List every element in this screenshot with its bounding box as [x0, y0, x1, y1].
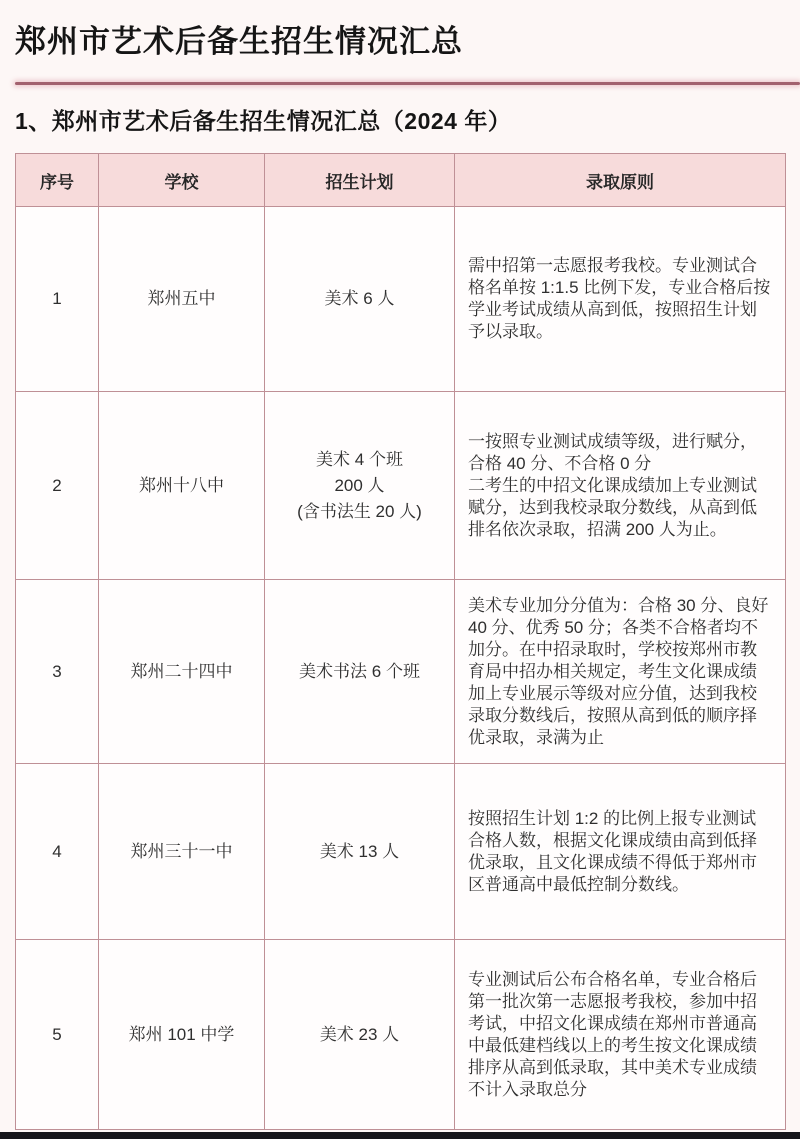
- table-row: 1郑州五中美术 6 人需中招第一志愿报考我校。专业测试合格名单按 1:1.5 比…: [16, 207, 786, 392]
- col-header-plan: 招生计划: [265, 154, 455, 207]
- bottom-edge-bar: [0, 1132, 800, 1139]
- col-header-principle: 录取原则: [455, 154, 786, 207]
- cell-plan: 美术书法 6 个班: [265, 580, 455, 764]
- principle-paragraph: 美术专业加分分值为：合格 30 分、良好 40 分、优秀 50 分；各类不合格者…: [468, 595, 772, 749]
- principle-paragraph: 二考生的中招文化课成绩加上专业测试赋分，达到我校录取分数线，从高到低排名依次录取…: [468, 475, 772, 541]
- principle-paragraph: 专业测试后公布合格名单，专业合格后第一批次第一志愿报考我校，参加中招考试，中招文…: [468, 969, 772, 1101]
- table-header-row: 序号学校招生计划录取原则: [16, 154, 786, 207]
- table-row: 2郑州十八中美术 4 个班200 人(含书法生 20 人)一按照专业测试成绩等级…: [16, 392, 786, 580]
- col-header-no: 序号: [16, 154, 99, 207]
- table-row: 4郑州三十一中美术 13 人按照招生计划 1:2 的比例上报专业测试合格人数，根…: [16, 764, 786, 940]
- cell-no: 2: [16, 392, 99, 580]
- col-header-school: 学校: [99, 154, 265, 207]
- cell-school: 郑州三十一中: [99, 764, 265, 940]
- cell-no: 3: [16, 580, 99, 764]
- cell-plan: 美术 13 人: [265, 764, 455, 940]
- cell-plan: 美术 4 个班200 人(含书法生 20 人): [265, 392, 455, 580]
- cell-principle: 专业测试后公布合格名单，专业合格后第一批次第一志愿报考我校，参加中招考试，中招文…: [455, 940, 786, 1130]
- cell-no: 1: [16, 207, 99, 392]
- cell-plan: 美术 6 人: [265, 207, 455, 392]
- table-row: 3郑州二十四中美术书法 6 个班美术专业加分分值为：合格 30 分、良好 40 …: [16, 580, 786, 764]
- cell-school: 郑州五中: [99, 207, 265, 392]
- table-row: 5郑州 101 中学美术 23 人专业测试后公布合格名单，专业合格后第一批次第一…: [16, 940, 786, 1130]
- cell-principle: 美术专业加分分值为：合格 30 分、良好 40 分、优秀 50 分；各类不合格者…: [455, 580, 786, 764]
- cell-principle: 一按照专业测试成绩等级，进行赋分，合格 40 分、不合格 0 分二考生的中招文化…: [455, 392, 786, 580]
- plan-line: (含书法生 20 人): [271, 499, 448, 525]
- title-divider: [15, 82, 800, 85]
- admissions-table: 序号学校招生计划录取原则 1郑州五中美术 6 人需中招第一志愿报考我校。专业测试…: [15, 153, 786, 1130]
- cell-school: 郑州二十四中: [99, 580, 265, 764]
- plan-line: 美术书法 6 个班: [271, 659, 448, 685]
- plan-line: 美术 6 人: [271, 286, 448, 312]
- cell-plan: 美术 23 人: [265, 940, 455, 1130]
- cell-principle: 需中招第一志愿报考我校。专业测试合格名单按 1:1.5 比例下发，专业合格后按学…: [455, 207, 786, 392]
- plan-line: 200 人: [271, 473, 448, 499]
- document-page: 郑州市艺术后备生招生情况汇总 1、郑州市艺术后备生招生情况汇总（2024 年） …: [0, 0, 800, 1130]
- cell-school: 郑州 101 中学: [99, 940, 265, 1130]
- plan-line: 美术 4 个班: [271, 447, 448, 473]
- plan-line: 美术 13 人: [271, 839, 448, 865]
- principle-paragraph: 一按照专业测试成绩等级，进行赋分，合格 40 分、不合格 0 分: [468, 431, 772, 475]
- cell-no: 5: [16, 940, 99, 1130]
- principle-paragraph: 按照招生计划 1:2 的比例上报专业测试合格人数，根据文化课成绩由高到低择优录取…: [468, 808, 772, 896]
- cell-principle: 按照招生计划 1:2 的比例上报专业测试合格人数，根据文化课成绩由高到低择优录取…: [455, 764, 786, 940]
- section-heading: 1、郑州市艺术后备生招生情况汇总（2024 年）: [15, 106, 785, 136]
- principle-paragraph: 需中招第一志愿报考我校。专业测试合格名单按 1:1.5 比例下发，专业合格后按学…: [468, 255, 772, 343]
- page-title: 郑州市艺术后备生招生情况汇总: [15, 22, 785, 62]
- table-body: 1郑州五中美术 6 人需中招第一志愿报考我校。专业测试合格名单按 1:1.5 比…: [16, 207, 786, 1130]
- cell-school: 郑州十八中: [99, 392, 265, 580]
- plan-line: 美术 23 人: [271, 1022, 448, 1048]
- cell-no: 4: [16, 764, 99, 940]
